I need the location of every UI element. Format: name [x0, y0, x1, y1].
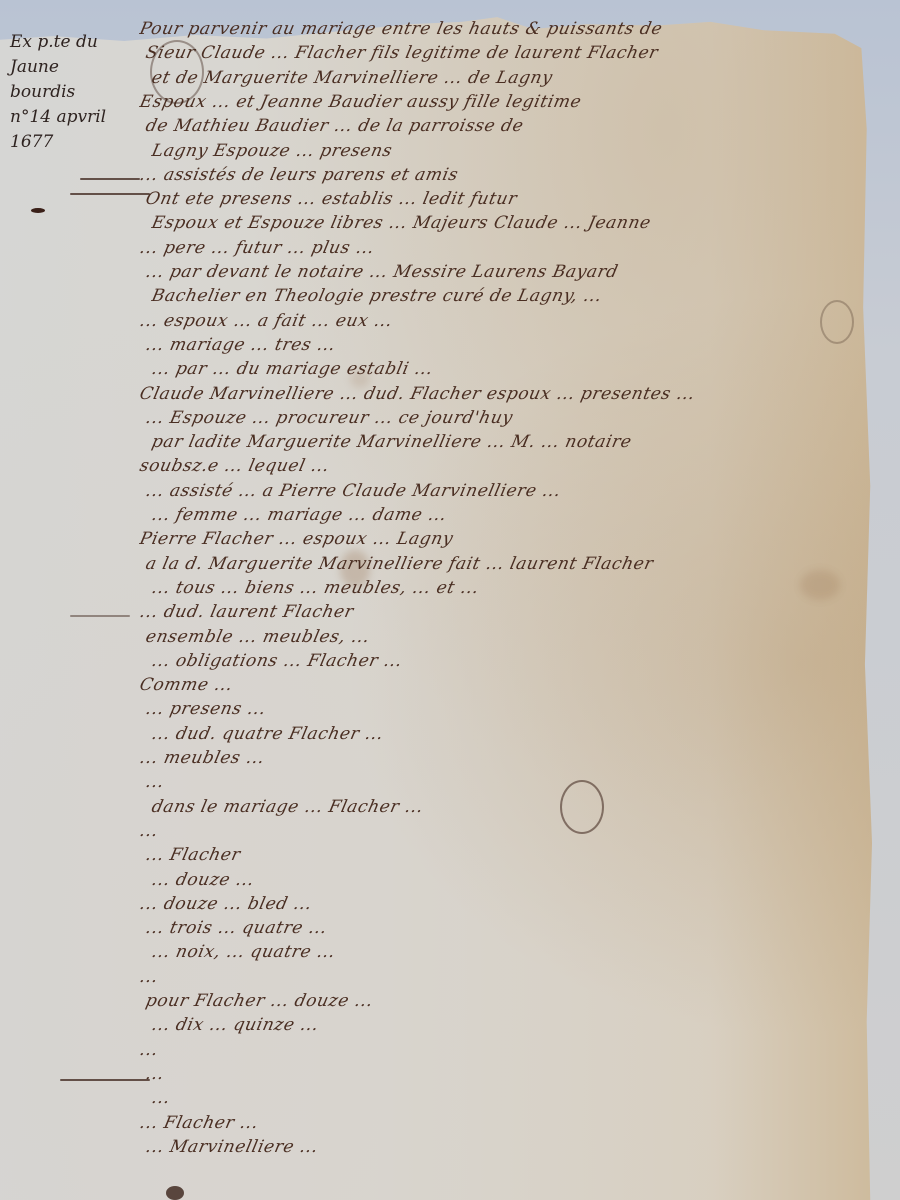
margin-line: n°14 apvril [10, 105, 140, 130]
flourish [820, 300, 854, 344]
ink-blot [166, 1186, 184, 1200]
margin-line: 1677 [10, 130, 140, 155]
margin-stroke [80, 178, 140, 180]
margin-line: Ex p.te du [10, 30, 140, 55]
flourish [150, 40, 204, 104]
margin-line: Jaune [10, 55, 140, 80]
ink-blot [31, 208, 45, 213]
flourish [560, 780, 604, 834]
margin-stroke [70, 615, 130, 617]
manuscript-line: ... Marvinelliere ... [143, 1132, 849, 1162]
margin-annotation: Ex p.te du Jaune bourdis n°14 apvril 167… [10, 30, 140, 155]
line-text: ... Marvinelliere ... [143, 1132, 327, 1162]
margin-line: bourdis [10, 80, 140, 105]
margin-stroke [70, 193, 150, 195]
margin-stroke [60, 1079, 150, 1081]
